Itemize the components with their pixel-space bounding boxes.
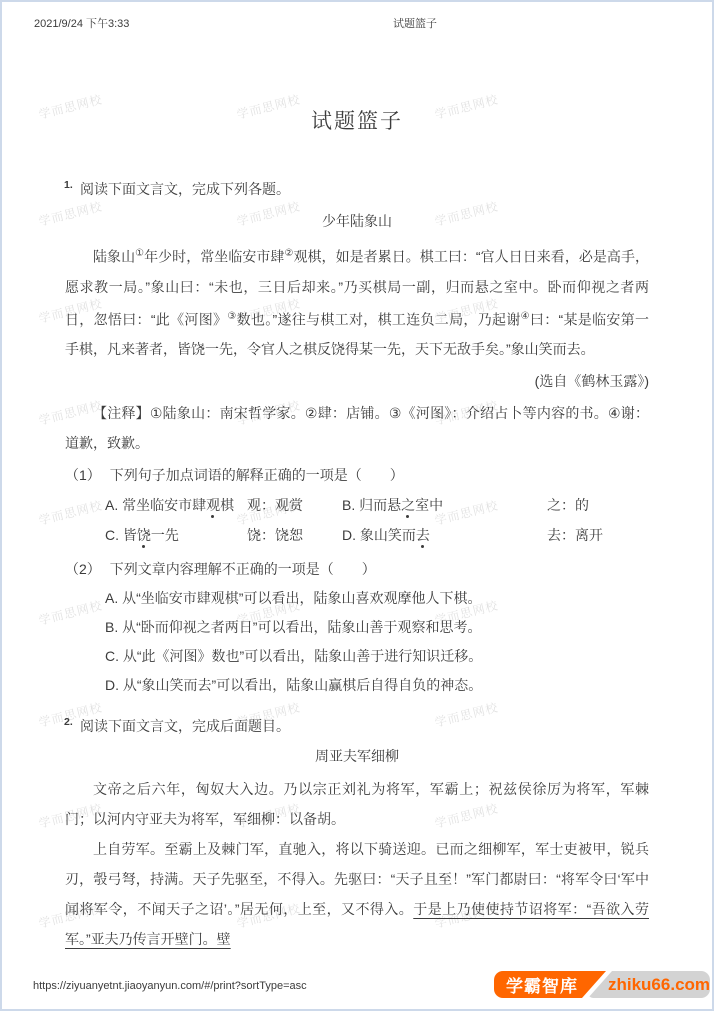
option-d-explain: 去：离开	[547, 520, 649, 550]
option-a-phrase: A. 常坐临安市肆观棋	[105, 490, 247, 520]
option-c-phrase: C. 皆饶一先	[105, 520, 247, 550]
sub-question-2-stem: （2）下列文章内容理解不正确的一项是（ ）	[65, 554, 649, 584]
option-c: C. 从“此《河图》数也”可以看出，陆象山善于进行知识迁移。	[105, 642, 649, 671]
document-body: 试题篮子 1. 阅读下面文言文，完成下列各题。 少年陆象山 陆象山①年少时，常坐…	[2, 2, 712, 954]
question-1-instruction: 1. 阅读下面文言文，完成下列各题。	[65, 179, 649, 199]
sub-question-1-stem: （1）下列句子加点词语的解释正确的一项是（ ）	[65, 460, 649, 490]
option-b: B. 从“卧而仰视之者两日”可以看出，陆象山善于观察和思考。	[105, 613, 649, 642]
passage-2-paragraph-2: 上自劳军。至霸上及棘门军，直驰入，将以下骑送迎。已而之细柳军，军士吏被甲，锐兵刃…	[65, 834, 649, 954]
passage-1-text: 陆象山①年少时，常坐临安市肆②观棋，如是者累日。棋工曰：“官人日日来看，必是高手…	[65, 239, 649, 364]
print-preview-page: 学而思网校学而思网校学而思网校学而思网校学而思网校学而思网校学而思网校学而思网校…	[0, 0, 714, 1011]
passage-2-title: 周亚夫军细柳	[65, 746, 649, 766]
sub-question-1-options: A. 常坐临安市肆观棋 观：观赏 B. 归而悬之室中 之：的 C. 皆饶一先 饶…	[65, 490, 649, 550]
question-1-number: 1.	[64, 175, 73, 195]
sub-question-2-options: A. 从“坐临安市肆观棋”可以看出，陆象山喜欢观摩他人下棋。 B. 从“卧而仰视…	[65, 584, 649, 700]
passage-1-source: (选自《鹤林玉露》)	[65, 366, 649, 396]
option-b-explain: 之：的	[547, 490, 649, 520]
logo-brand-text: 学霸智库	[506, 972, 578, 997]
sub-question-1-stem-text: 下列句子加点词语的解释正确的一项是（ ）	[110, 467, 404, 483]
question-2-instruction: 2. 阅读下面文言文，完成后面题目。	[65, 716, 649, 736]
question-2-instruction-text: 阅读下面文言文，完成后面题目。	[80, 718, 290, 734]
sub-question-1-label: （1）	[65, 460, 101, 490]
zhiku66-logo: zhiku66.com 学霸智库	[494, 971, 710, 998]
option-d: D. 从“象山笑而去”可以看出，陆象山赢棋后自得自负的神态。	[105, 671, 649, 700]
option-c-explain: 饶：饶恕	[247, 520, 342, 550]
question-2-number: 2.	[64, 712, 73, 732]
page-title: 试题篮子	[65, 105, 649, 135]
logo-domain-text: zhiku66.com	[608, 975, 710, 995]
logo-domain-section: zhiku66.com	[588, 971, 710, 998]
option-a: A. 从“坐临安市肆观棋”可以看出，陆象山喜欢观摩他人下棋。	[105, 584, 649, 613]
sub-question-2-label: （2）	[65, 554, 101, 584]
logo-brand-section: 学霸智库	[494, 971, 606, 998]
footer-url: https://ziyuanyetnt.jiaoyanyun.com/#/pri…	[33, 980, 307, 992]
question-1-instruction-text: 阅读下面文言文，完成下列各题。	[80, 181, 290, 197]
passage-2-paragraph-1: 文帝之后六年，匈奴大入边。乃以宗正刘礼为将军，军霸上；祝兹侯徐厉为将军，军棘门；…	[65, 774, 649, 834]
option-b-phrase: B. 归而悬之室中	[342, 490, 547, 520]
option-a-explain: 观：观赏	[247, 490, 342, 520]
sub-question-2-stem-text: 下列文章内容理解不正确的一项是（ ）	[110, 561, 376, 577]
passage-1-title: 少年陆象山	[65, 211, 649, 231]
option-d-phrase: D. 象山笑而去	[342, 520, 547, 550]
passage-1-notes: 【注释】①陆象山：南宋哲学家。②肆：店铺。③《河图》：介绍占卜等内容的书。④谢：…	[65, 398, 649, 458]
